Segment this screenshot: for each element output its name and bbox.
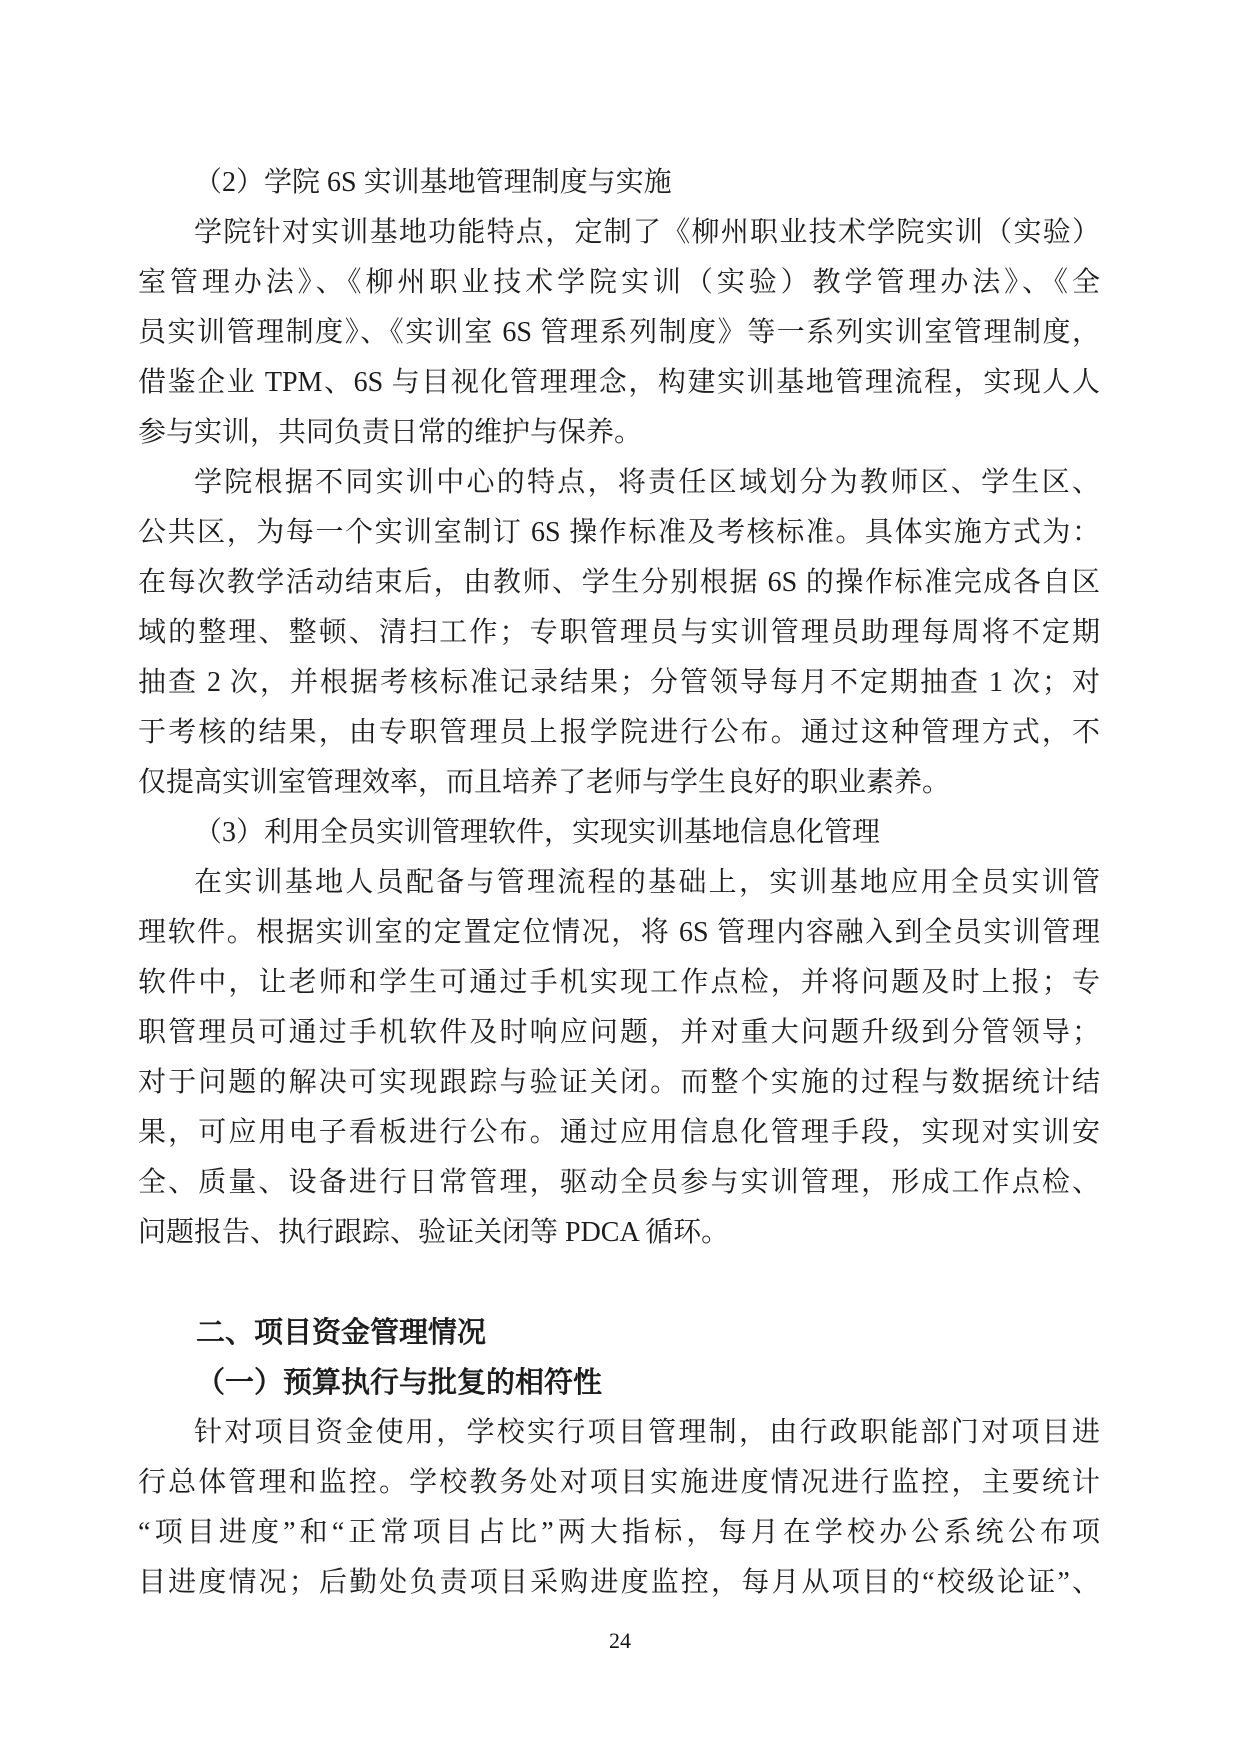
text-line: 职管理员可通过手机软件及时响应问题，并对重大问题升级到分管领导； (138, 1008, 1100, 1058)
text-line: 全、质量、设备进行日常管理，驱动全员参与实训管理，形成工作点检、 (138, 1158, 1100, 1208)
section-heading: 二、项目资金管理情况 (138, 1308, 1100, 1358)
text-line: 学院根据不同实训中心的特点，将责任区域划分为教师区、学生区、 (138, 458, 1100, 508)
text-line: 行总体管理和监控。学校教务处对项目实施进度情况进行监控，主要统计 (138, 1458, 1100, 1508)
text-line: “项目进度”和“正常项目占比”两大指标，每月在学校办公系统公布项 (138, 1508, 1100, 1558)
text-line: （3）利用全员实训管理软件，实现实训基地信息化管理 (138, 808, 1100, 858)
paragraph: （2）学院 6S 实训基地管理制度与实施 (138, 158, 1100, 208)
text-line: 针对项目资金使用，学校实行项目管理制，由行政职能部门对项目进 (138, 1408, 1100, 1458)
text-line: 域的整理、整顿、清扫工作；专职管理员与实训管理员助理每周将不定期 (138, 608, 1100, 658)
section-heading-block: 二、项目资金管理情况 (138, 1308, 1100, 1358)
text-line: 目进度情况；后勤处负责项目采购进度监控，每月从项目的“校级论证”、 (138, 1558, 1100, 1608)
text-line: 公共区，为每一个实训室制订 6S 操作标准及考核标准。具体实施方式为： (138, 508, 1100, 558)
text-line: 理软件。根据实训室的定置定位情况，将 6S 管理内容融入到全员实训管理 (138, 908, 1100, 958)
text-line: 仅提高实训室管理效率，而且培养了老师与学生良好的职业素养。 (138, 758, 1100, 808)
document-body: （2）学院 6S 实训基地管理制度与实施学院针对实训基地功能特点，定制了《柳州职… (138, 158, 1100, 1608)
paragraph: 学院根据不同实训中心的特点，将责任区域划分为教师区、学生区、公共区，为每一个实训… (138, 458, 1100, 808)
section-heading: （一）预算执行与批复的相符性 (138, 1358, 1100, 1408)
text-line: 室管理办法》、《柳州职业技术学院实训（实验）教学管理办法》、《全 (138, 258, 1100, 308)
text-line: 员实训管理制度》、《实训室 6S 管理系列制度》等一系列实训室管理制度， (138, 308, 1100, 358)
text-line: 对于问题的解决可实现跟踪与验证关闭。而整个实施的过程与数据统计结 (138, 1058, 1100, 1108)
paragraph: 针对项目资金使用，学校实行项目管理制，由行政职能部门对项目进行总体管理和监控。学… (138, 1408, 1100, 1608)
blank-line-block (138, 1258, 1100, 1308)
text-line: 借鉴企业 TPM、6S 与目视化管理理念，构建实训基地管理流程，实现人人 (138, 358, 1100, 408)
blank-line (138, 1258, 1100, 1308)
document-page: （2）学院 6S 实训基地管理制度与实施学院针对实训基地功能特点，定制了《柳州职… (0, 0, 1240, 1754)
text-line: 软件中，让老师和学生可通过手机实现工作点检，并将问题及时上报；专 (138, 958, 1100, 1008)
text-line: 于考核的结果，由专职管理员上报学院进行公布。通过这种管理方式，不 (138, 708, 1100, 758)
paragraph: 在实训基地人员配备与管理流程的基础上，实训基地应用全员实训管理软件。根据实训室的… (138, 858, 1100, 1258)
page-number: 24 (0, 1626, 1240, 1656)
text-line: 抽查 2 次，并根据考核标准记录结果；分管领导每月不定期抽查 1 次；对 (138, 658, 1100, 708)
text-line: 果，可应用电子看板进行公布。通过应用信息化管理手段，实现对实训安 (138, 1108, 1100, 1158)
text-line: 参与实训，共同负责日常的维护与保养。 (138, 408, 1100, 458)
text-line: 在每次教学活动结束后，由教师、学生分别根据 6S 的操作标准完成各自区 (138, 558, 1100, 608)
section-heading-block: （一）预算执行与批复的相符性 (138, 1358, 1100, 1408)
paragraph: （3）利用全员实训管理软件，实现实训基地信息化管理 (138, 808, 1100, 858)
text-line: 在实训基地人员配备与管理流程的基础上，实训基地应用全员实训管 (138, 858, 1100, 908)
text-line: 学院针对实训基地功能特点，定制了《柳州职业技术学院实训（实验） (138, 208, 1100, 258)
text-line: 问题报告、执行跟踪、验证关闭等 PDCA 循环。 (138, 1208, 1100, 1258)
text-line: （2）学院 6S 实训基地管理制度与实施 (138, 158, 1100, 208)
paragraph: 学院针对实训基地功能特点，定制了《柳州职业技术学院实训（实验）室管理办法》、《柳… (138, 208, 1100, 458)
